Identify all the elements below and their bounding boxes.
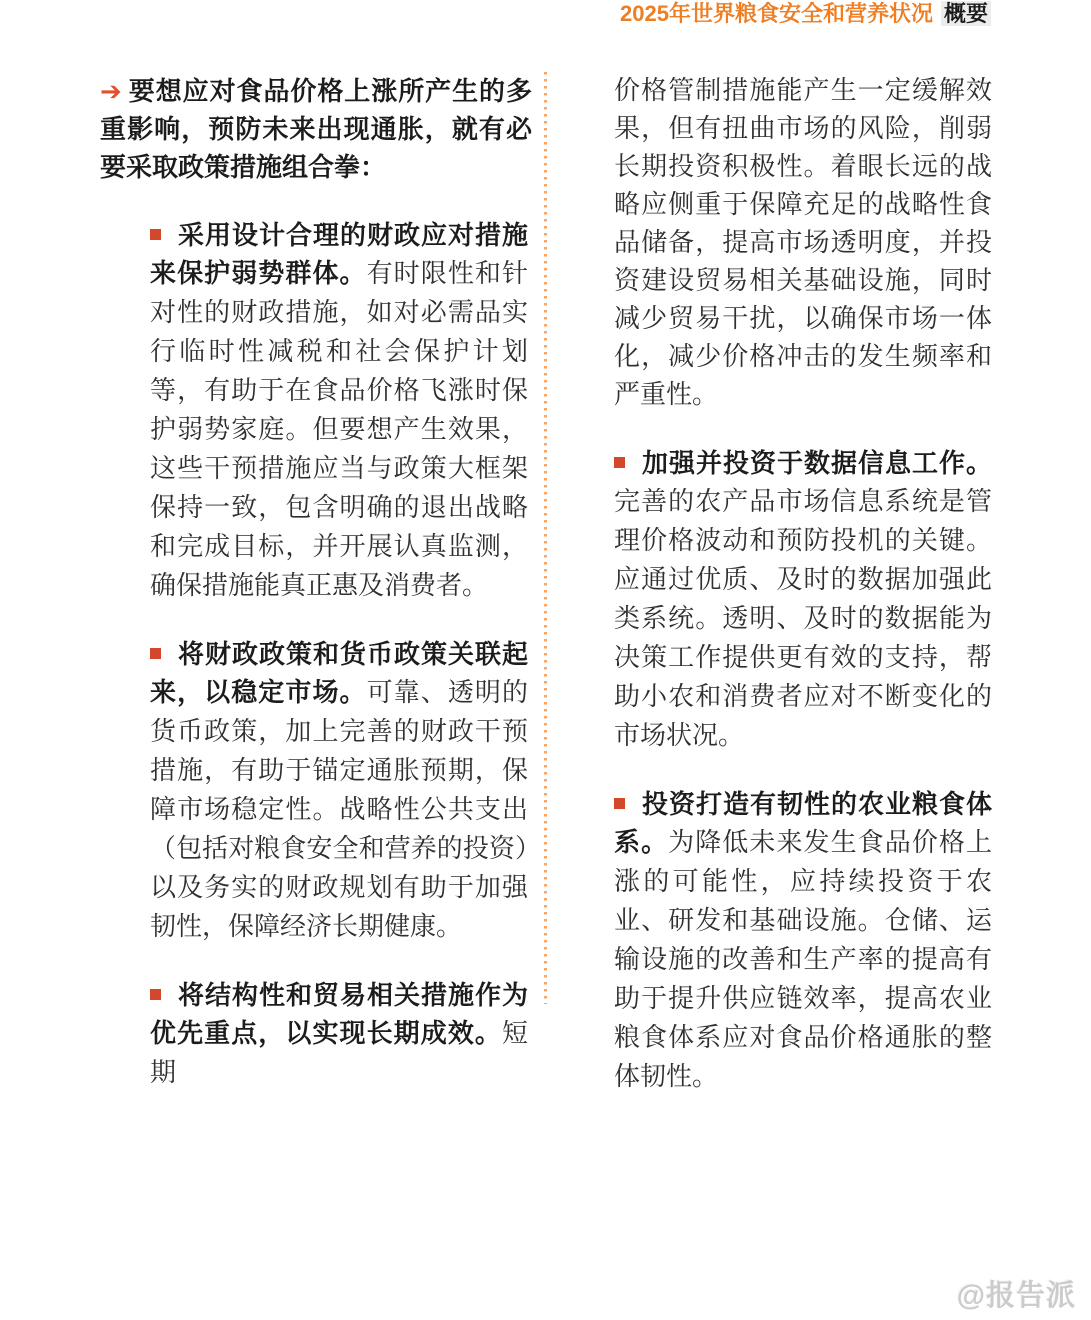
bullet-item: 将财政政策和货币政策关联起来，以稳定市场。可靠、透明的货币政策，加上完善的财政干… <box>150 635 528 946</box>
intro-text: 要想应对食品价格上涨所产生的多重影响，预防未来出现通胀，就有必要采取政策措施组合… <box>100 76 532 182</box>
square-bullet-icon <box>150 648 161 659</box>
bullet-item: 采用设计合理的财政应对措施来保护弱势群体。有时限性和针对性的财政措施，如对必需品… <box>150 216 528 605</box>
intro-paragraph: ➔要想应对食品价格上涨所产生的多重影响，预防未来出现通胀，就有必要采取政策措施组… <box>100 72 532 186</box>
square-bullet-icon <box>614 457 625 468</box>
watermark: @报告派 <box>957 1273 1076 1314</box>
bullet-item: 将结构性和贸易相关措施作为优先重点，以实现长期成效。短期 <box>150 976 528 1092</box>
arrow-right-icon: ➔ <box>100 76 122 106</box>
document-page: 2025年世界粮食安全和营养状况概要 ➔要想应对食品价格上涨所产生的多重影响，预… <box>0 0 1091 1320</box>
bullet-item: 投资打造有韧性的农业粮食体系。为降低未来发生食品价格上涨的可能性，应持续投资于农… <box>614 785 992 1096</box>
bullet-body: 完善的农产品市场信息系统是管理价格波动和预防投机的关键。应通过优质、及时的数据加… <box>614 487 992 750</box>
two-column-content: ➔要想应对食品价格上涨所产生的多重影响，预防未来出现通胀，就有必要采取政策措施组… <box>100 72 992 1096</box>
bullet-item: 加强并投资于数据信息工作。完善的农产品市场信息系统是管理价格波动和预防投机的关键… <box>614 444 992 755</box>
left-column: ➔要想应对食品价格上涨所产生的多重影响，预防未来出现通胀，就有必要采取政策措施组… <box>100 72 532 1096</box>
bullet-body: 有时限性和针对性的财政措施，如对必需品实行临时性减税和社会保护计划等，有助于在食… <box>150 259 528 600</box>
summary-badge: 概要 <box>941 1 991 26</box>
square-bullet-icon <box>150 989 161 1000</box>
right-column: 价格管制措施能产生一定缓解效果，但有扭曲市场的风险，削弱长期投资积极性。着眼长远… <box>614 72 992 1096</box>
continuation-paragraph: 价格管制措施能产生一定缓解效果，但有扭曲市场的风险，削弱长期投资积极性。着眼长远… <box>614 72 992 414</box>
report-title: 2025年世界粮食安全和营养状况 <box>620 1 933 26</box>
square-bullet-icon <box>614 798 625 809</box>
page-header: 2025年世界粮食安全和营养状况概要 <box>620 1 991 27</box>
bullet-lead: 将结构性和贸易相关措施作为优先重点，以实现长期成效。 <box>150 980 528 1048</box>
square-bullet-icon <box>150 229 161 240</box>
bullet-body: 可靠、透明的货币政策，加上完善的财政干预措施，有助于锚定通胀预期，保障市场稳定性… <box>150 678 528 941</box>
bullet-lead: 加强并投资于数据信息工作。 <box>641 448 992 478</box>
bullet-body: 为降低未来发生食品价格上涨的可能性，应持续投资于农业、研发和基础设施。仓储、运输… <box>614 828 992 1091</box>
dotted-column-divider <box>544 72 547 1004</box>
